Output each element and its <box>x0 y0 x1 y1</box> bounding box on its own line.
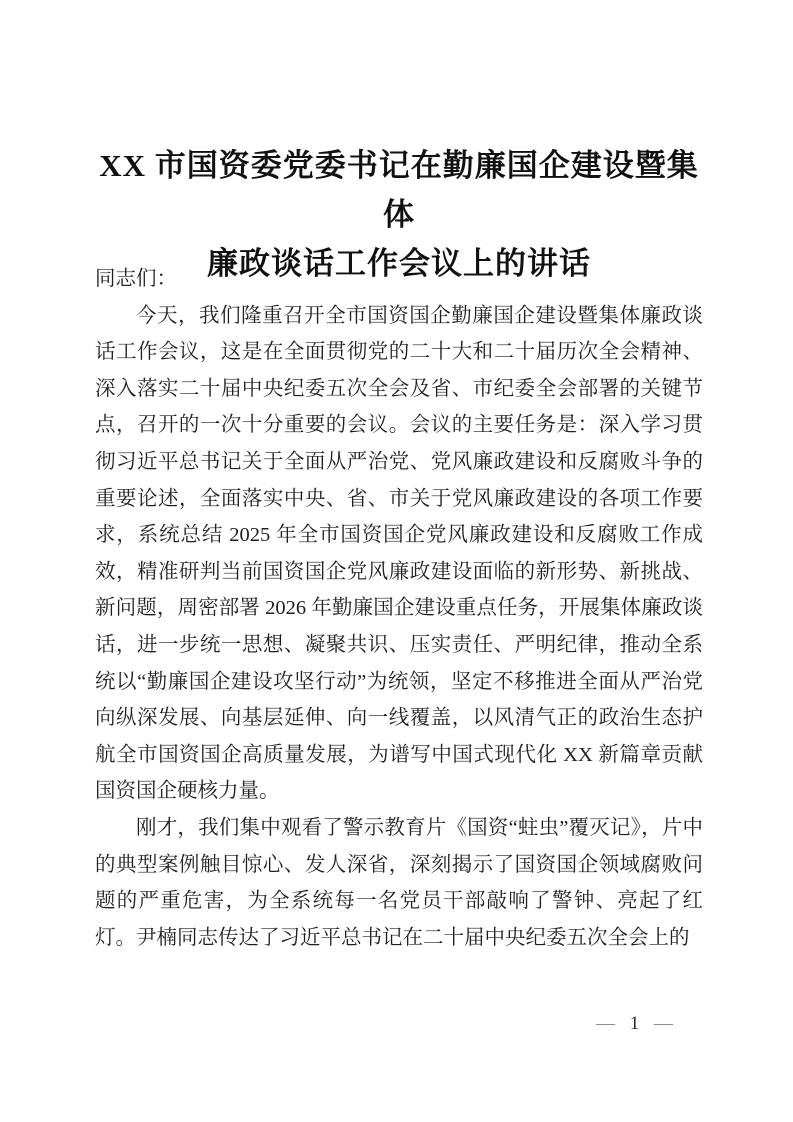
paragraph-warning-film: 刚才，我们集中观看了警示教育片《国资“蛀虫”覆灭记》，片中的典型案例触目惊心、发… <box>95 810 703 956</box>
paragraph-meeting-purpose: 今天，我们隆重召开全市国资国企勤廉国企建设暨集体廉政谈话工作会议，这是在全面贯彻… <box>95 298 703 810</box>
page-number: 1 <box>630 1013 640 1034</box>
footer-dash-right: — <box>654 1013 673 1034</box>
footer-dash-left: — <box>596 1013 615 1034</box>
salutation: 同志们： <box>95 261 703 298</box>
page-footer: — 1 — <box>596 1012 673 1036</box>
title-line-1: XX 市国资委党委书记在勤廉国企建设暨集体 <box>95 141 703 239</box>
document-page: XX 市国资委党委书记在勤廉国企建设暨集体 廉政谈话工作会议上的讲话 同志们： … <box>0 0 793 1122</box>
document-body: 同志们： 今天，我们隆重召开全市国资国企勤廉国企建设暨集体廉政谈话工作会议，这是… <box>95 261 703 956</box>
